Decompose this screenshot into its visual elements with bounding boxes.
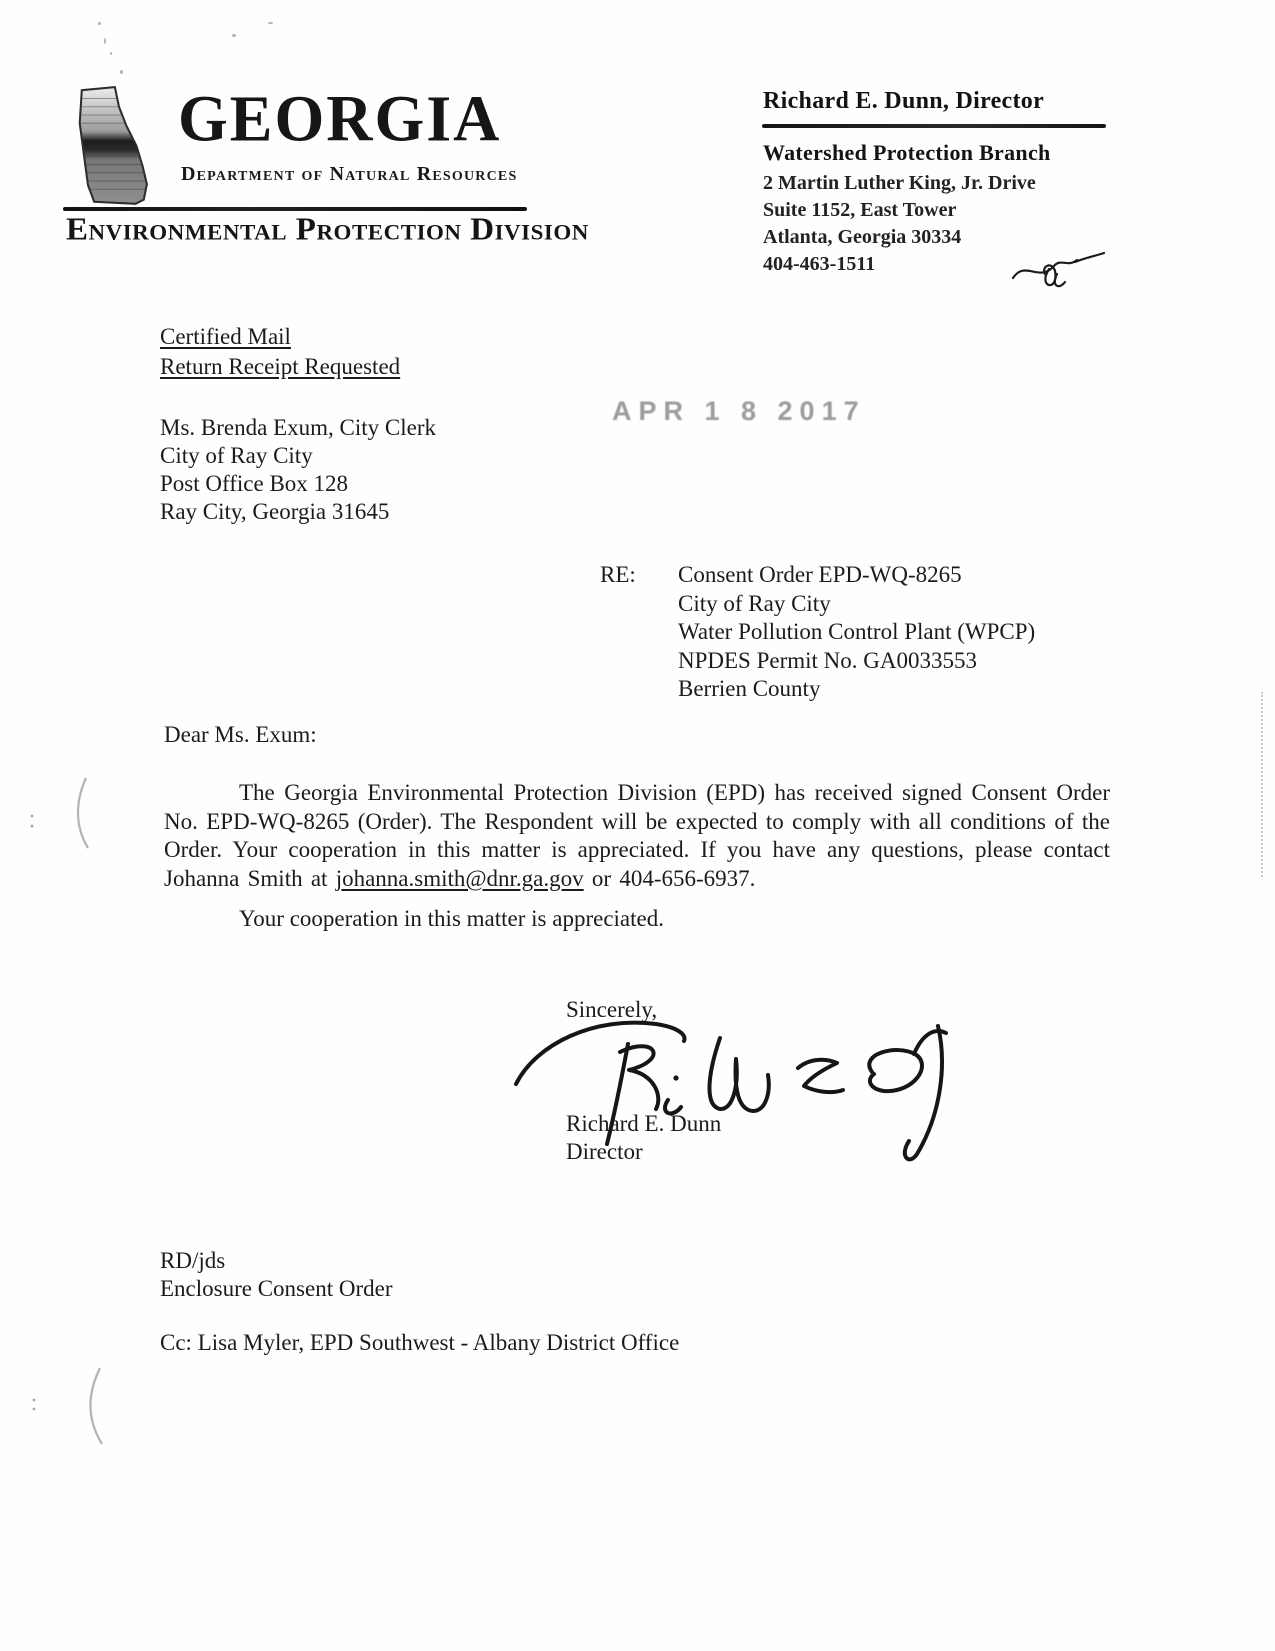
recipient-line: Post Office Box 128 xyxy=(160,470,436,498)
recipient-line: Ms. Brenda Exum, City Clerk xyxy=(160,414,436,442)
re-label: RE: xyxy=(600,561,678,704)
re-block: RE: Consent Order EPD-WQ-8265 City of Ra… xyxy=(600,561,1035,704)
contact-email: johanna.smith@dnr.ga.gov xyxy=(336,866,584,891)
enclosure-note: Enclosure Consent Order xyxy=(160,1275,393,1303)
re-line: Consent Order EPD-WQ-8265 xyxy=(678,561,1035,590)
cc-line: Cc: Lisa Myler, EPD Southwest - Albany D… xyxy=(160,1330,679,1356)
signer-title: Director xyxy=(566,1138,721,1166)
scan-speck xyxy=(110,52,112,55)
address-line: Atlanta, Georgia 30334 xyxy=(763,224,1036,251)
re-line: NPDES Permit No. GA0033553 xyxy=(678,647,1035,676)
scan-speck xyxy=(104,38,106,44)
re-line: Water Pollution Control Plant (WPCP) xyxy=(678,618,1035,647)
director-name: Richard E. Dunn, Director xyxy=(763,88,1108,115)
branch-address: 2 Martin Luther King, Jr. Drive Suite 11… xyxy=(763,170,1036,278)
address-line: 2 Martin Luther King, Jr. Drive xyxy=(763,170,1036,197)
georgia-state-icon xyxy=(62,84,178,210)
re-lines: Consent Order EPD-WQ-8265 City of Ray Ci… xyxy=(678,561,1035,704)
return-receipt-line: Return Receipt Requested xyxy=(160,352,400,382)
scan-speck xyxy=(232,34,236,37)
scanned-letter-page: GEORGIA Department of Natural Resources … xyxy=(0,0,1275,1651)
signer-name: Richard E. Dunn xyxy=(566,1110,721,1138)
scan-speck xyxy=(268,22,273,24)
paragraph-text: or 404-656-6937. xyxy=(584,866,756,891)
date-received-stamp: APR 1 8 2017 xyxy=(612,396,866,427)
reference-block: RD/jds Enclosure Consent Order xyxy=(160,1247,393,1303)
re-line: City of Ray City xyxy=(678,590,1035,619)
salutation: Dear Ms. Exum: xyxy=(164,722,317,748)
phone-number: 404-463-1511 xyxy=(763,251,1036,278)
signer-block: Richard E. Dunn Director xyxy=(566,1110,721,1166)
agency-wordmark: GEORGIA xyxy=(178,85,501,152)
branch-name: Watershed Protection Branch xyxy=(763,140,1051,166)
address-line: Suite 1152, East Tower xyxy=(763,197,1036,224)
scan-edge-line xyxy=(1261,692,1263,877)
recipient-line: City of Ray City xyxy=(160,442,436,470)
pen-scribble-mark xyxy=(1005,240,1105,295)
scan-speck xyxy=(98,22,101,25)
certified-mail-line: Certified Mail xyxy=(160,322,400,352)
scan-speck xyxy=(120,70,123,74)
recipient-line: Ray City, Georgia 31645 xyxy=(160,498,436,526)
typist-initials: RD/jds xyxy=(160,1247,393,1275)
scan-artifact-left-margin xyxy=(24,770,114,855)
mailing-method: Certified Mail Return Receipt Requested xyxy=(160,322,400,382)
scan-artifact-bottom-left xyxy=(26,1360,126,1450)
logo-divider-rule xyxy=(63,207,527,211)
body-paragraph-2: Your cooperation in this matter is appre… xyxy=(164,906,1064,932)
re-line: Berrien County xyxy=(678,675,1035,704)
recipient-address-block: Ms. Brenda Exum, City Clerk City of Ray … xyxy=(160,414,436,526)
director-divider-rule xyxy=(762,124,1106,128)
body-paragraph-1: The Georgia Environmental Protection Div… xyxy=(164,779,1110,893)
agency-department-name: Department of Natural Resources xyxy=(181,163,517,186)
division-title: Environmental Protection Division xyxy=(66,213,589,249)
